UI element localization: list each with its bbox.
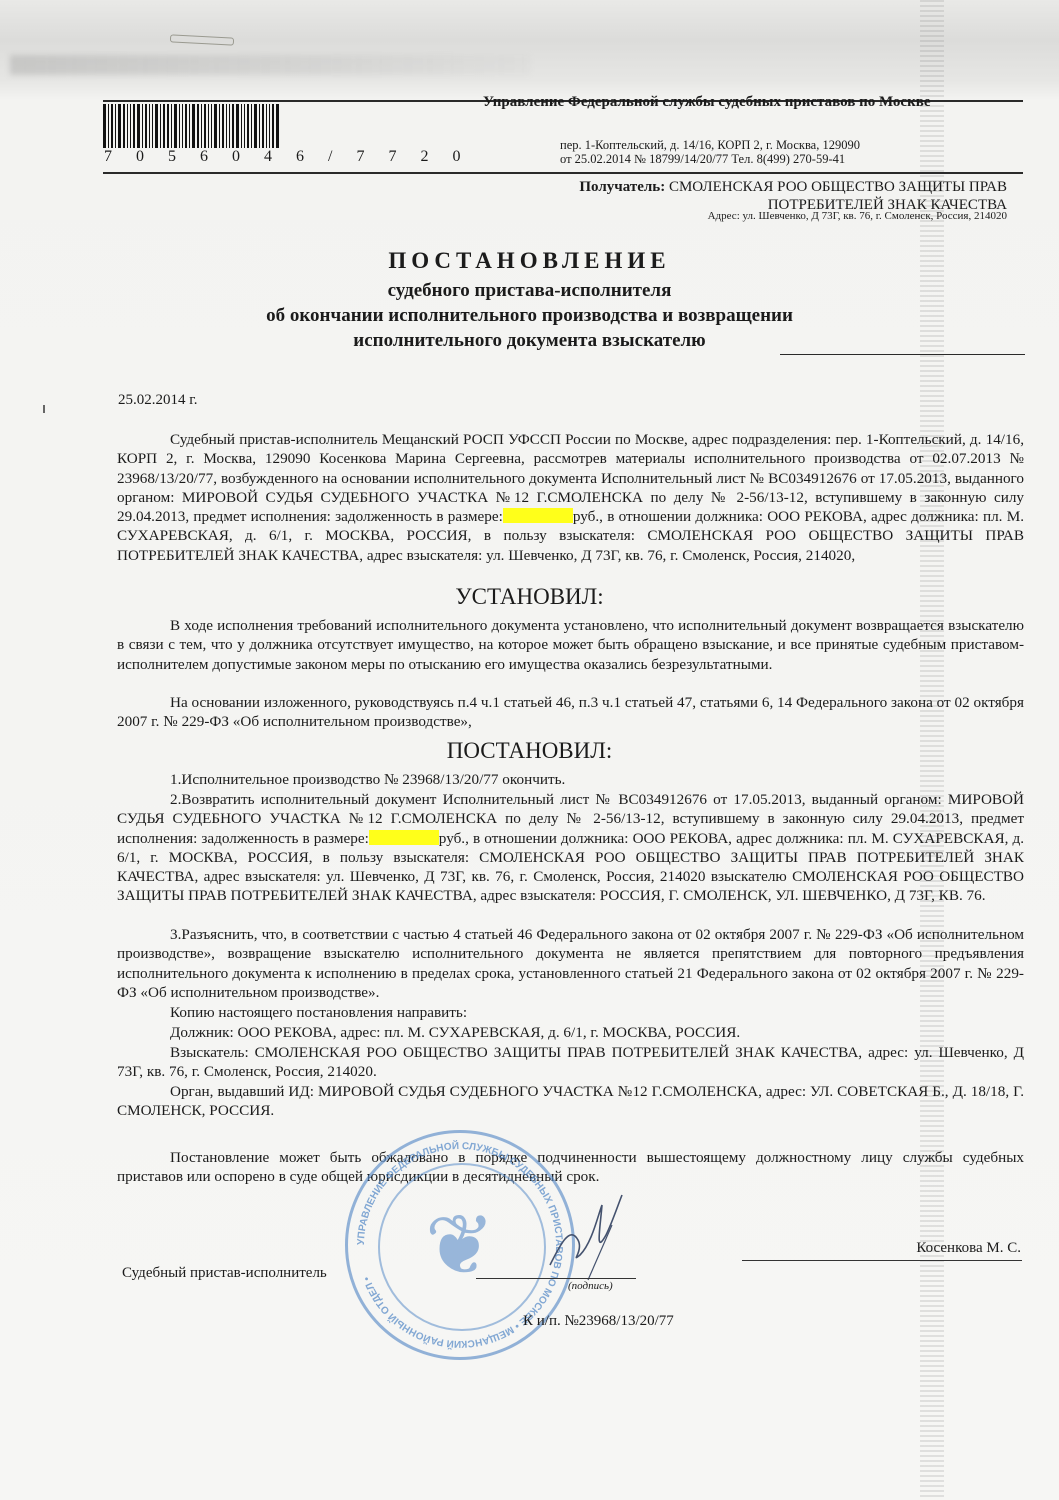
signature-caption: (подпись) bbox=[568, 1280, 613, 1292]
paperclip-icon bbox=[170, 34, 234, 45]
organization-address: пер. 1-Коптельский, д. 14/16, КОРП 2, г.… bbox=[560, 138, 860, 153]
signature-line bbox=[476, 1278, 636, 1279]
recipient-label: Получатель: bbox=[579, 179, 665, 195]
established-heading: УСТАНОВИЛ: bbox=[0, 584, 1059, 610]
name-line bbox=[742, 1260, 1022, 1261]
established-paragraph-2: На основании изложенного, руководствуясь… bbox=[117, 693, 1024, 732]
resolved-item-3: 3.Разъяснить, что, в соответствии с част… bbox=[117, 925, 1024, 1002]
resolved-item-2: 2.Возвратить исполнительный документ Исп… bbox=[117, 790, 1024, 906]
copies-heading: Копию настоящего постановления направить… bbox=[117, 1003, 1024, 1022]
signer-name: Косенкова М. С. bbox=[916, 1240, 1021, 1257]
resolved-heading: ПОСТАНОВИЛ: bbox=[0, 738, 1059, 764]
copies-claimant: Взыскатель: СМОЛЕНСКАЯ РОО ОБЩЕСТВО ЗАЩИ… bbox=[117, 1043, 1024, 1082]
intro-paragraph: Судебный пристав-исполнитель Мещанский Р… bbox=[117, 430, 1024, 565]
organization-name: Управление Федеральной службы судебных п… bbox=[483, 94, 930, 111]
document-title: ПОСТАНОВЛЕНИЕ bbox=[0, 248, 1059, 274]
document-subtitle-3: исполнительного документа взыскателю bbox=[0, 330, 1059, 352]
resolved-item-1: 1.Исполнительное производство № 23968/13… bbox=[117, 770, 1024, 789]
barcode-number: 7 0 5 6 0 4 6 / 7 7 2 0 bbox=[104, 148, 470, 166]
barcode bbox=[103, 104, 343, 148]
recipient-name: СМОЛЕНСКАЯ РОО ОБЩЕСТВО ЗАЩИТЫ ПРАВ ПОТР… bbox=[669, 179, 1007, 213]
redacted-amount-2 bbox=[369, 830, 439, 845]
scanned-page: 7 0 5 6 0 4 6 / 7 7 2 0 Управление Федер… bbox=[0, 0, 1059, 1500]
title-rule bbox=[780, 354, 1025, 355]
signer-role: Судебный пристав-исполнитель bbox=[122, 1265, 327, 1282]
document-date: 25.02.2014 г. bbox=[118, 392, 197, 409]
copies-issuer: Орган, выдавший ИД: МИРОВОЙ СУДЬЯ СУДЕБН… bbox=[117, 1082, 1024, 1121]
established-paragraph-1: В ходе исполнения требований исполнитель… bbox=[117, 616, 1024, 674]
reference-line: от 25.02.2014 № 18799/14/20/77 Тел. 8(49… bbox=[560, 152, 845, 167]
margin-mark bbox=[43, 405, 45, 413]
redacted-amount bbox=[503, 508, 573, 523]
case-reference: К и/п. №23968/13/20/77 bbox=[523, 1313, 674, 1330]
handwritten-signature bbox=[540, 1185, 630, 1285]
document-subtitle-1: судебного пристава-исполнителя bbox=[0, 280, 1059, 302]
document-subtitle-2: об окончании исполнительного производств… bbox=[0, 305, 1059, 327]
recipient-block: Получатель: СМОЛЕНСКАЯ РОО ОБЩЕСТВО ЗАЩИ… bbox=[487, 178, 1007, 214]
header-bottom-rule bbox=[103, 172, 1023, 174]
coat-of-arms-icon: ❦ bbox=[398, 1183, 522, 1307]
recipient-address: Адрес: ул. Шевченко, Д 73Г, кв. 76, г. С… bbox=[708, 210, 1007, 222]
copies-debtor: Должник: ООО РЕКОВА, адрес: пл. М. СУХАР… bbox=[117, 1023, 1024, 1042]
scan-smudge bbox=[10, 55, 530, 75]
